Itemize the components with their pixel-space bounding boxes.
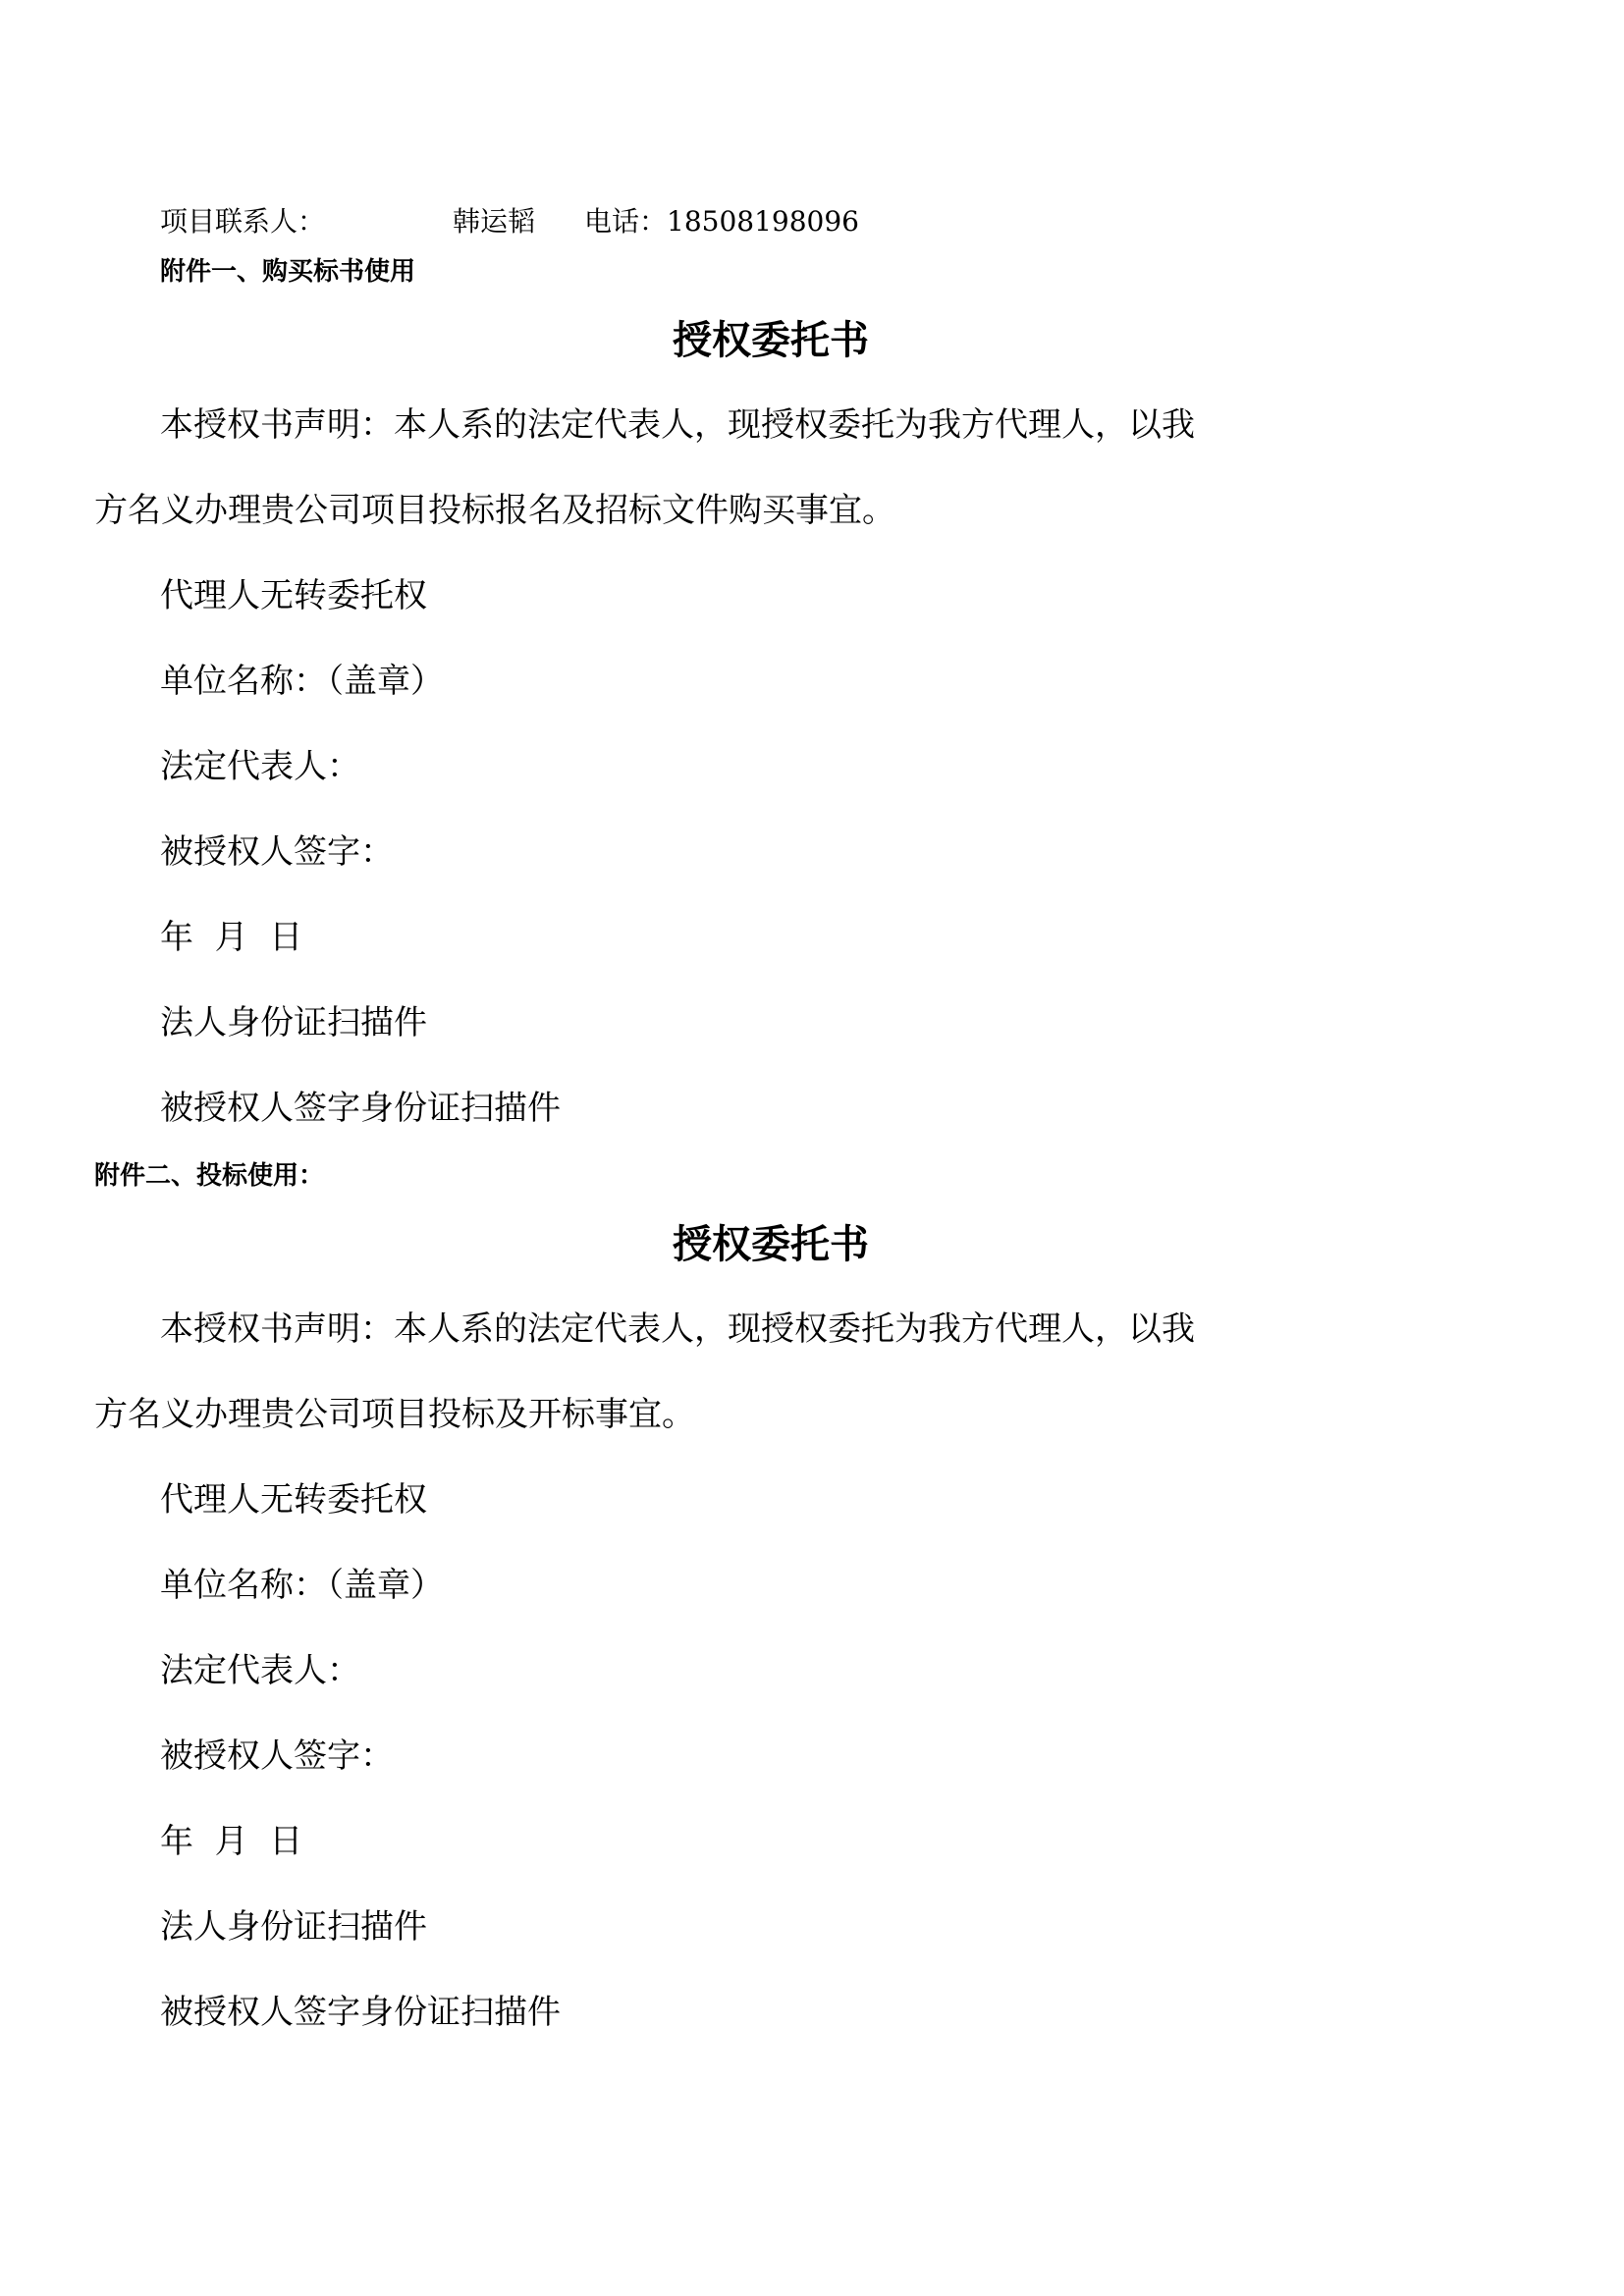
attachment-2-item: 法人身份证扫描件 — [160, 1910, 427, 1944]
contact-phone: 电话：18508198096 — [584, 208, 859, 236]
contact-name: 韩运韬 — [453, 208, 535, 236]
attachment-1-date: 年 月 日 — [160, 921, 302, 954]
attachment-2-item: 被授权人签字： — [160, 1739, 394, 1773]
attachment-2-date: 年 月 日 — [160, 1825, 302, 1858]
attachment-2-item: 被授权人签字身份证扫描件 — [160, 1996, 561, 2029]
contact-label: 项目联系人： — [160, 208, 325, 236]
contact-line: 项目联系人：韩运韬电话：18508198096 — [160, 208, 859, 236]
attachment-1-item: 被授权人签字： — [160, 835, 394, 869]
attachment-2-para-line1: 本授权书声明：本人系的法定代表人，现授权委托为我方代理人，以我 — [160, 1312, 1195, 1346]
attachment-1-para-line1: 本授权书声明：本人系的法定代表人，现授权委托为我方代理人，以我 — [160, 408, 1195, 442]
attachment-2-item: 代理人无转委托权 — [160, 1483, 427, 1517]
attachment-1-item: 被授权人签字身份证扫描件 — [160, 1092, 561, 1125]
attachment-1-para-line2: 方名义办理贵公司项目投标报名及招标文件购买事宜。 — [94, 494, 895, 527]
attachment-1-item: 法人身份证扫描件 — [160, 1006, 427, 1040]
attachment-2-item: 法定代表人： — [160, 1654, 360, 1687]
attachment-1-title: 授权委托书 — [0, 321, 1542, 360]
attachment-1-item: 单位名称：（盖章） — [160, 665, 444, 698]
attachment-1-item: 法定代表人： — [160, 750, 360, 783]
attachment-2-item: 单位名称：（盖章） — [160, 1569, 444, 1602]
attachment-2-para-line2: 方名义办理贵公司项目投标及开标事宜。 — [94, 1398, 695, 1431]
attachment-2-heading: 附件二、投标使用： — [94, 1163, 324, 1189]
attachment-2-title: 授权委托书 — [0, 1225, 1542, 1264]
attachment-1-heading: 附件一、购买标书使用 — [160, 259, 415, 285]
attachment-1-item: 代理人无转委托权 — [160, 579, 427, 613]
